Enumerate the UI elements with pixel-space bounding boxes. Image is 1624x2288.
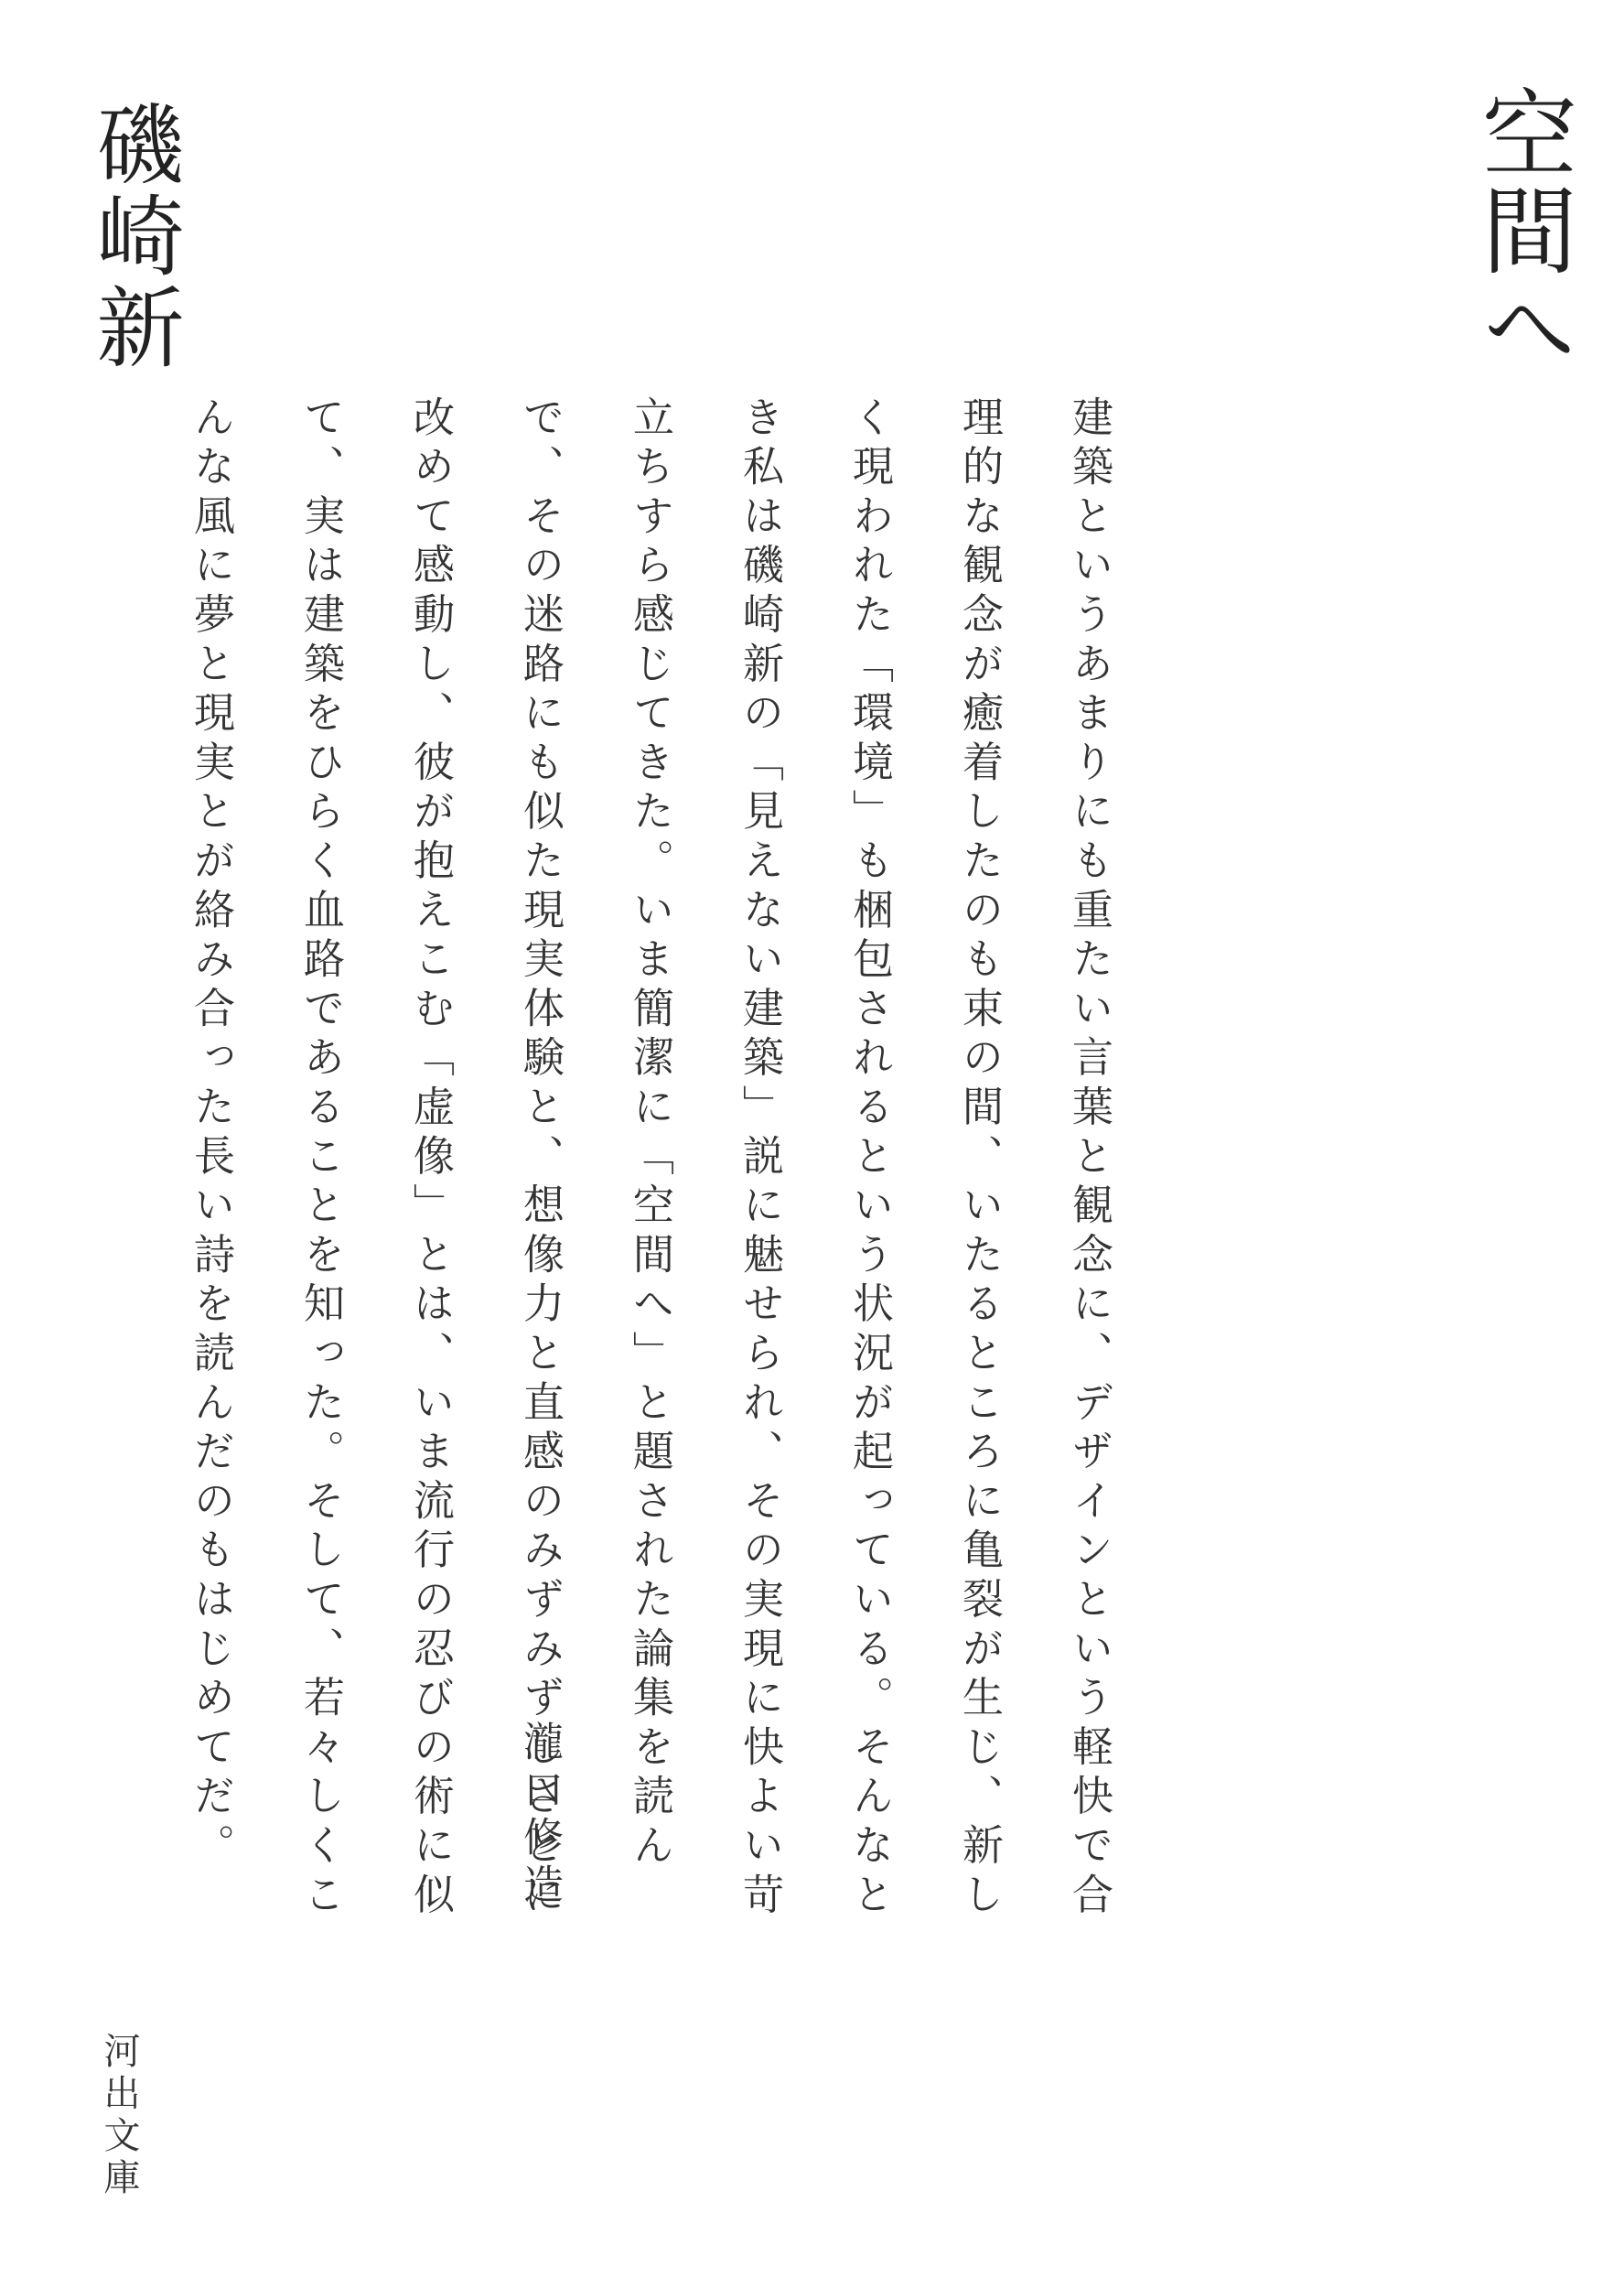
blurb-paragraph: 建築というあまりにも重たい言葉と観念に、デザインという軽快で合理的な観念が癒着し…	[156, 395, 1144, 1951]
author-name: 磯崎新	[90, 99, 177, 373]
book-title: 空間へ	[1474, 84, 1569, 375]
blurb-text-block: 建築というあまりにも重たい言葉と観念に、デザインという軽快で合理的な観念が癒着し…	[156, 395, 1144, 1951]
blurb-signature: 瀧口修造	[519, 1721, 559, 1911]
publisher-imprint: 河出文庫	[101, 2032, 137, 2200]
